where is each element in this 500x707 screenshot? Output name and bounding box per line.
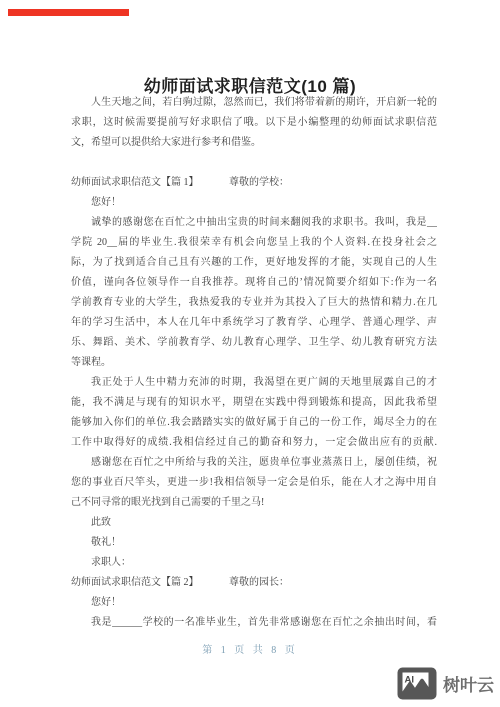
greeting-line: 您好！ xyxy=(71,593,437,613)
body-line: 工作中取得好的成绩.我相信经过自己的勤奋和努力，一定会做出应有的贡献. xyxy=(71,433,437,453)
page-pagination: 第 1 页 共 8 页 xyxy=(0,641,500,656)
body-line: 诚挚的感谢您在百忙之中抽出宝贵的时间来翻阅我的求职书。我叫，我是__ xyxy=(71,213,437,233)
section2-heading: 幼师面试求职信范文【篇 2】 尊敬的园长： xyxy=(71,573,437,593)
closing-line: 此致 xyxy=(71,513,437,533)
section2-salutation: 尊敬的园长： xyxy=(229,577,289,588)
body-line: 价值，谨向各位领导作一自我推荐。现将自己的’情况简要介绍如下:作为一名 xyxy=(71,273,437,293)
watermark: AI 树叶云 xyxy=(397,667,494,700)
body-line: 我正处于人生中精力充沛的时期，我渴望在更广阔的天地里展露自己的才 xyxy=(71,373,437,393)
section1-salutation: 尊敬的学校： xyxy=(229,177,289,188)
loading-progress-bar xyxy=(8,9,129,16)
body-line: 学院 20__届的毕业生.我很荣幸有机会向您呈上我的个人资料.在投身社会之 xyxy=(71,233,437,253)
intro-line: 求职，这时候需要提前写好求职信了哦。以下是小编整理的幼师面试求职信范 xyxy=(71,113,437,133)
intro-line: 人生天地之间，若白驹过隙，忽然而已，我们将带着新的期许，开启新一轮的 xyxy=(71,93,437,113)
intro-line: 文，希望可以提供给大家进行参考和借鉴。 xyxy=(71,133,437,153)
body-line: 感谢您在百忙之中所给与我的关注，愿贵单位事业蒸蒸日上，屡创佳绩，祝 xyxy=(71,453,437,473)
ai-image-logo-icon: AI xyxy=(397,667,437,700)
document-body: 人生天地之间，若白驹过隙，忽然而已，我们将带着新的期许，开启新一轮的 求职，这时… xyxy=(71,93,437,633)
body-line: 学前教育专业的大学生，我热爱我的专业并为其投入了巨大的热情和精力.在几 xyxy=(71,293,437,313)
body-line: 您的事业百尺竿头，更进一步!我相信领导一定会是伯乐，能在人才之海中用自 xyxy=(71,473,437,493)
watermark-brand-text: 树叶云 xyxy=(443,671,494,696)
section2-heading-label: 幼师面试求职信范文【篇 2】 xyxy=(71,577,199,588)
document-page: 幼师面试求职信范文(10 篇) 人生天地之间，若白驹过隙，忽然而已，我们将带着新… xyxy=(0,0,500,707)
body-line: 能够加入你们的单位.我会踏踏实实的做好属于自己的一份工作，竭尽全力的在 xyxy=(71,413,437,433)
section1-heading: 幼师面试求职信范文【篇 1】 尊敬的学校： xyxy=(71,173,437,193)
signature-line: 求职人： xyxy=(71,553,437,573)
body-line: 等课程。 xyxy=(71,353,437,373)
section1-heading-label: 幼师面试求职信范文【篇 1】 xyxy=(71,177,199,188)
body-line: 我是______学校的一名准毕业生，首先非常感谢您在百忙之余抽出时间，看 xyxy=(71,613,437,633)
body-line: 己不同寻常的眼光找到自己需要的千里之马! xyxy=(71,493,437,513)
body-line: 能，我不满足与现有的知识水平，期望在实践中得到锻炼和提高，因此我希望 xyxy=(71,393,437,413)
body-line: 乐、舞蹈、美术、学前教育学、幼儿教育心理学、卫生学、幼儿教育研究方法 xyxy=(71,333,437,353)
greeting-line: 您好！ xyxy=(71,193,437,213)
body-line: 际，为了找到适合自己且有兴趣的工作，更好地发挥的才能，实现自己的人生 xyxy=(71,253,437,273)
closing-line: 敬礼！ xyxy=(71,533,437,553)
body-line: 年的学习生活中，本人在几年中系统学习了教育学、心理学、普通心理学、声 xyxy=(71,313,437,333)
